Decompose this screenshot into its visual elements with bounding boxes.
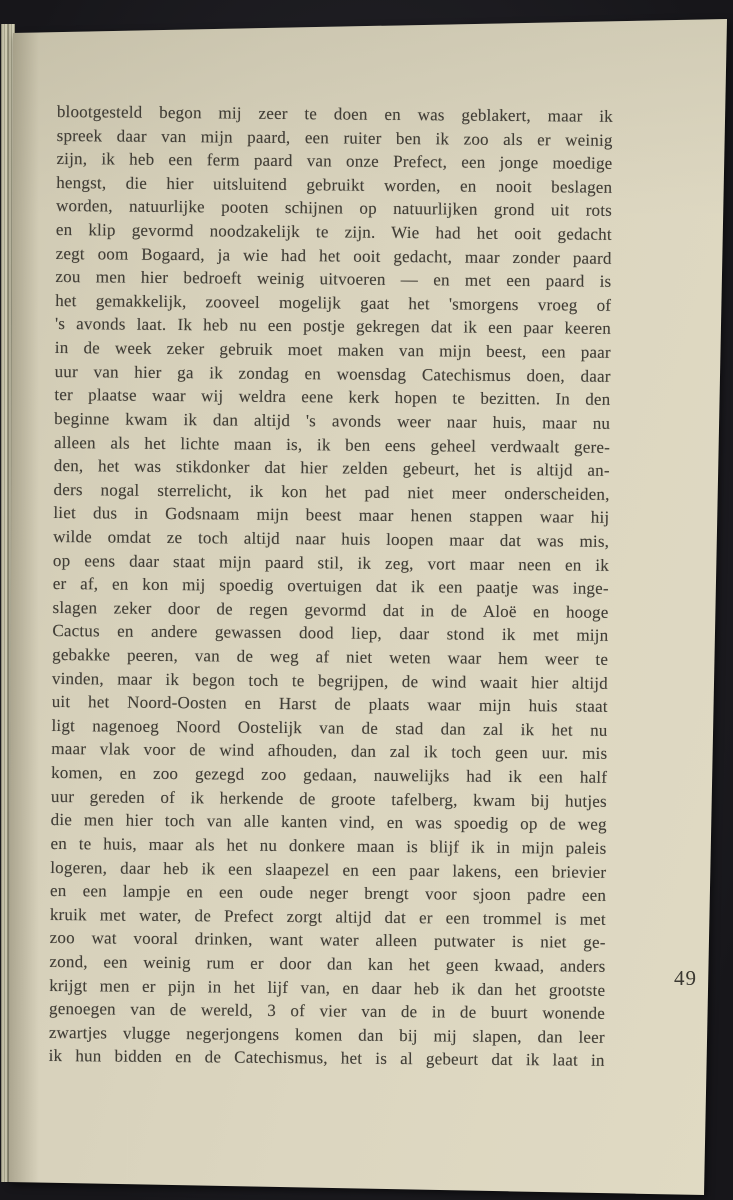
text-line: ik hun bidden en de Catechismus, het is … <box>49 1044 605 1072</box>
scanned-page: blootgesteld begon mij zeer te doen en w… <box>0 0 733 1200</box>
scanned-page-wrapper: blootgesteld begon mij zeer te doen en w… <box>0 0 733 1200</box>
page-number: 49 <box>674 966 697 991</box>
page-text-block: blootgesteld begon mij zeer te doen en w… <box>49 100 613 1073</box>
spine-gutter-shadow <box>9 28 39 1186</box>
